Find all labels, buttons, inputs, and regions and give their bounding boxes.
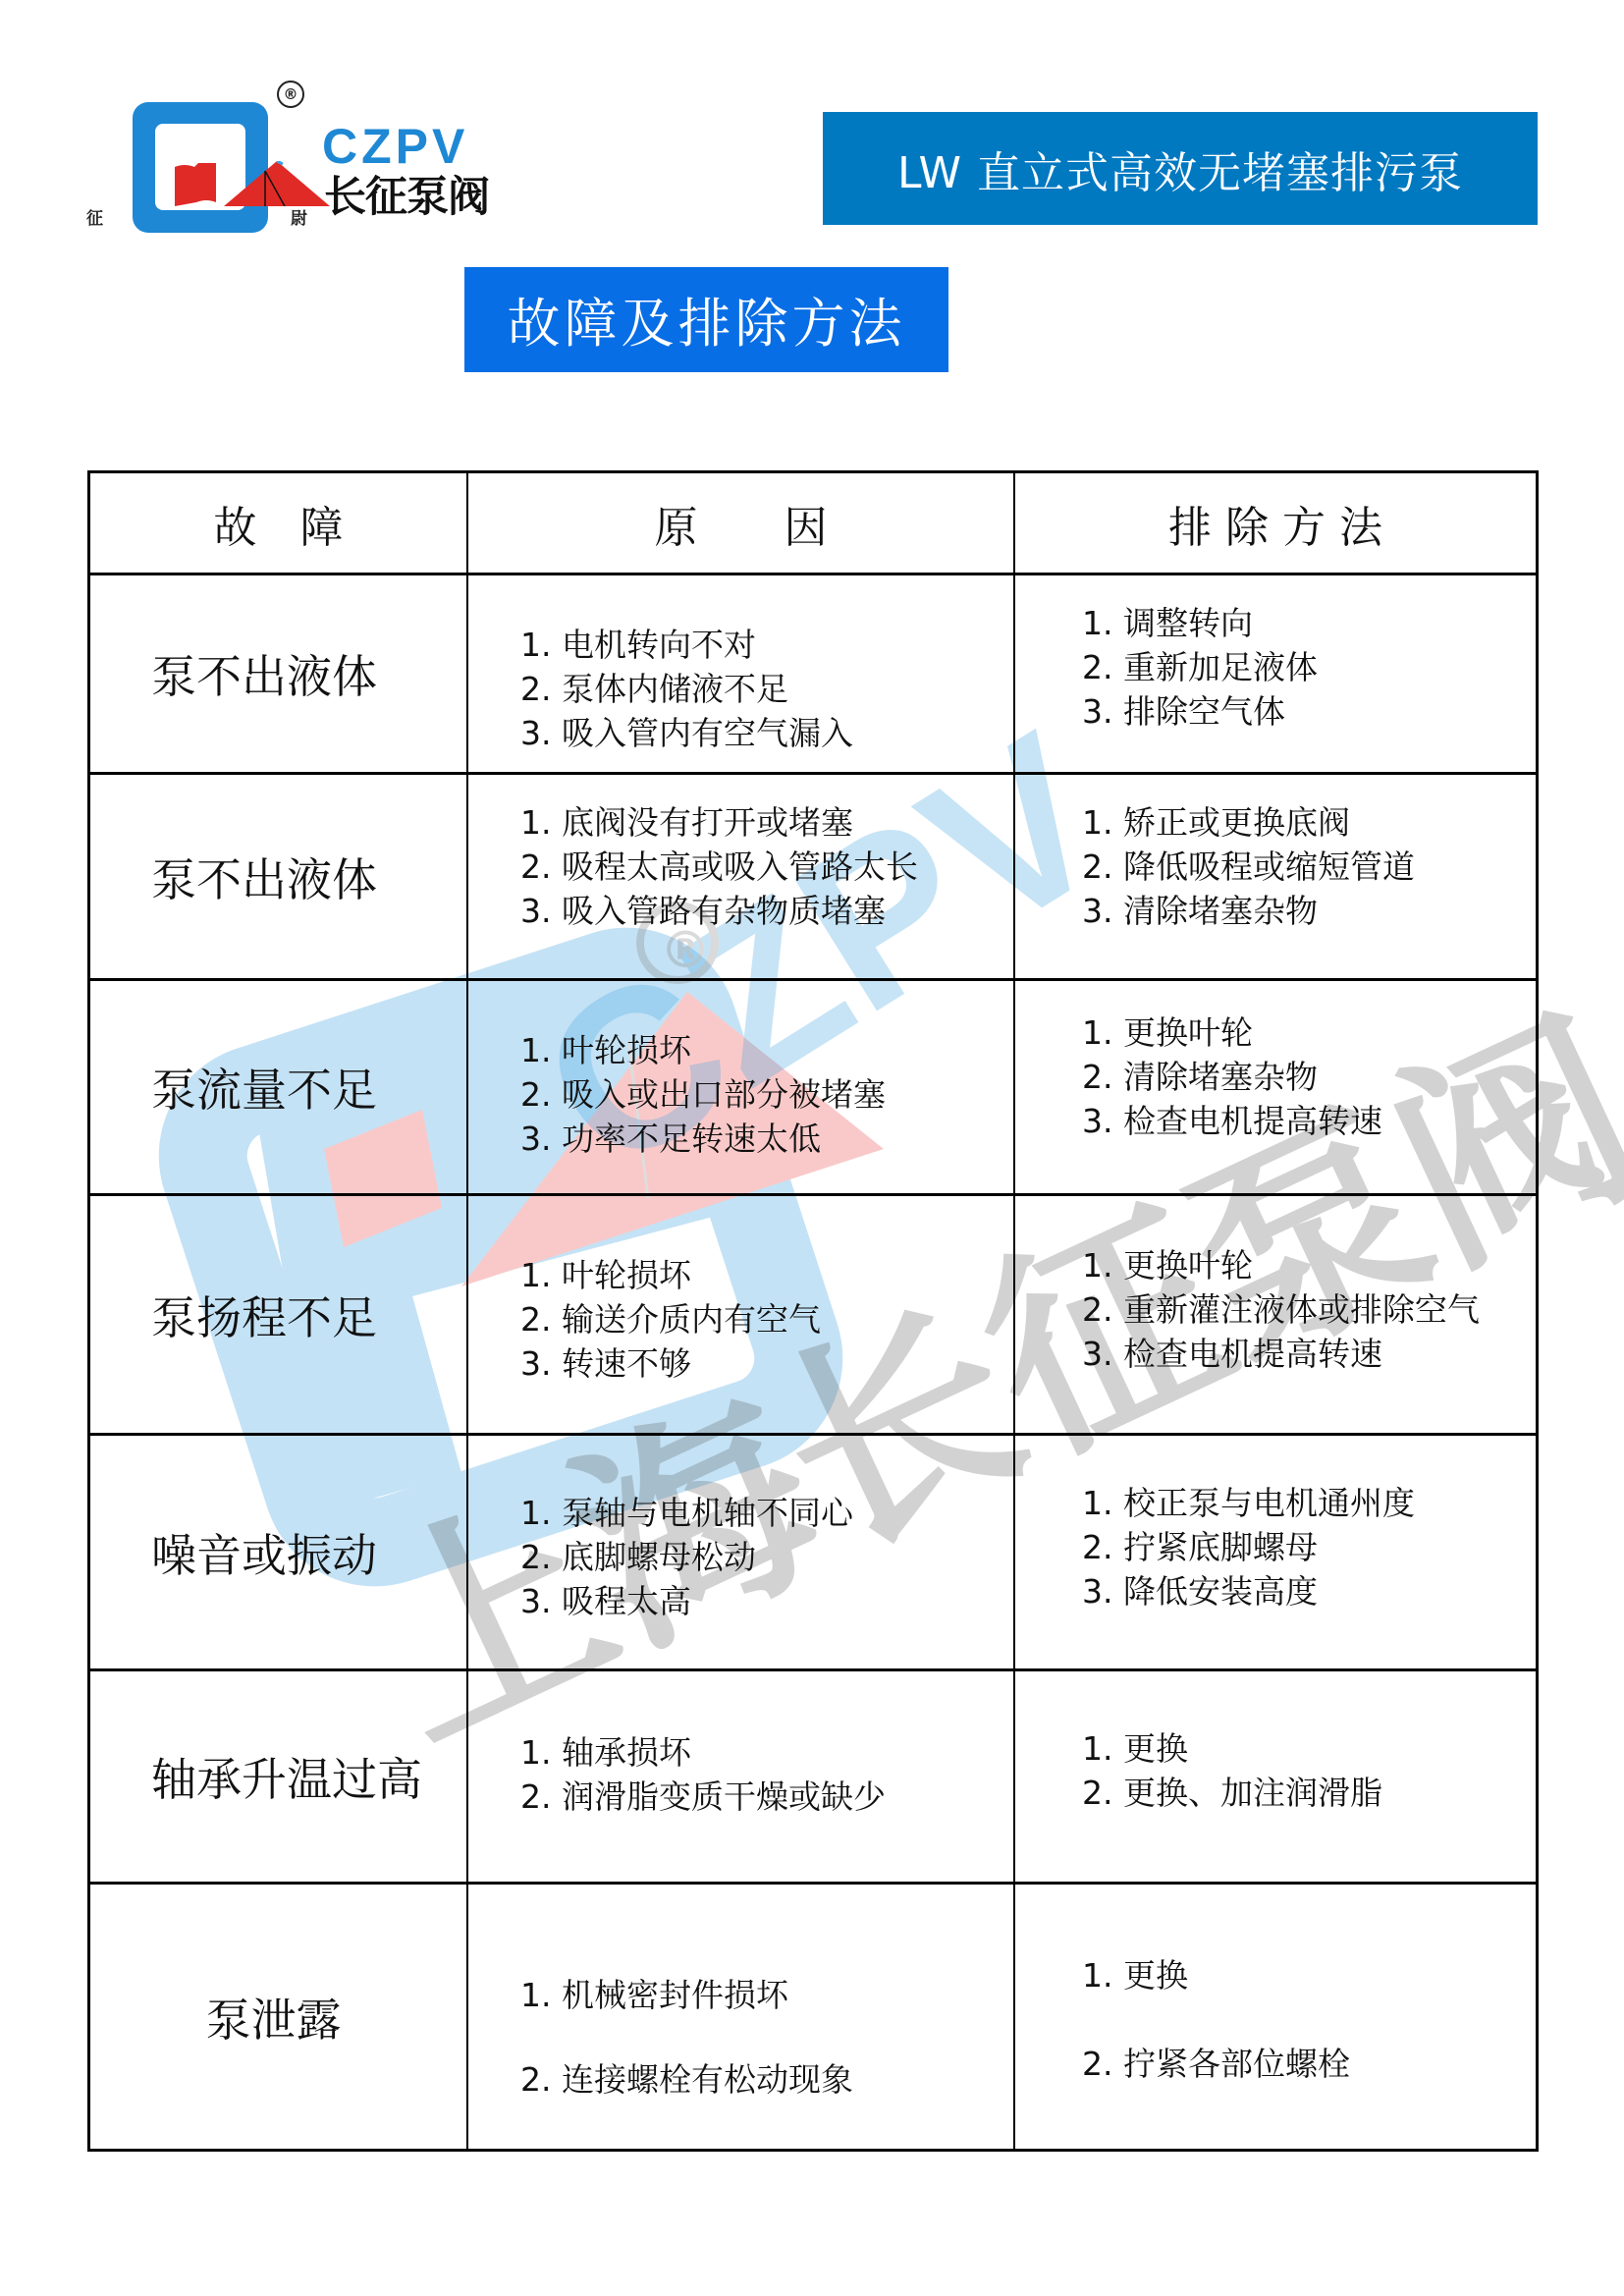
cause-list: 1. 叶轮损坏 2. 吸入或出口部分被堵塞 3. 功率不足转速太低 bbox=[520, 1028, 1013, 1161]
solution-item: 2. 降低吸程或缩短管道 bbox=[1082, 845, 1536, 889]
cause-item: 3. 转速不够 bbox=[520, 1341, 1013, 1386]
cause-item: 3. 吸入管路有杂物质堵塞 bbox=[520, 889, 1013, 933]
table-row: 泵不出液体 1. 电机转向不对 2. 泵体内储液不足 3. 吸入管内有空气漏入 … bbox=[90, 573, 1536, 772]
cause-list: 1. 轴承损坏 2. 润滑脂变质干燥或缺少 bbox=[520, 1730, 1013, 1819]
cause-item: 2. 泵体内储液不足 bbox=[520, 667, 1013, 711]
table-row: 泵泄露 1. 机械密封件损坏 2. 连接螺栓有松动现象 1. 更换 2. 拧紧各… bbox=[90, 1882, 1536, 2149]
cause-item: 1. 叶轮损坏 bbox=[520, 1028, 1013, 1072]
registered-mark-icon: ® bbox=[277, 81, 304, 108]
cause-item: 1. 轴承损坏 bbox=[520, 1730, 1013, 1775]
fault-name: 泵不出液体 bbox=[151, 641, 457, 706]
cause-item: 2. 润滑脂变质干燥或缺少 bbox=[520, 1775, 1013, 1819]
table-header-row: 故 障 原 因 排 除 方 法 bbox=[90, 473, 1536, 573]
fault-name: 泵不出液体 bbox=[151, 845, 457, 909]
cause-list: 1. 电机转向不对 2. 泵体内储液不足 3. 吸入管内有空气漏入 bbox=[520, 623, 1013, 755]
fault-name: 噪音或振动 bbox=[151, 1520, 457, 1585]
solution-item: 1. 校正泵与电机通州度 bbox=[1082, 1481, 1536, 1525]
solution-item: 3. 排除空气体 bbox=[1082, 689, 1536, 734]
cause-item: 2. 输送介质内有空气 bbox=[520, 1297, 1013, 1341]
solution-list: 1. 更换 2. 更换、加注润滑脂 bbox=[1082, 1726, 1536, 1815]
header-fault: 故 障 bbox=[90, 473, 468, 573]
table-row: 泵流量不足 1. 叶轮损坏 2. 吸入或出口部分被堵塞 3. 功率不足转速太低 … bbox=[90, 978, 1536, 1193]
solution-item: 3. 清除堵塞杂物 bbox=[1082, 889, 1536, 933]
solution-item: 1. 更换叶轮 bbox=[1082, 1243, 1536, 1287]
solution-item: 3. 检查电机提高转速 bbox=[1082, 1332, 1536, 1376]
product-title-banner: LW 直立式高效无堵塞排污泵 bbox=[823, 112, 1538, 225]
cause-list: 1. 底阀没有打开或堵塞 2. 吸程太高或吸入管路太长 3. 吸入管路有杂物质堵… bbox=[520, 800, 1013, 933]
solution-item: 2. 清除堵塞杂物 bbox=[1082, 1055, 1536, 1099]
table-row: 泵不出液体 1. 底阀没有打开或堵塞 2. 吸程太高或吸入管路太长 3. 吸入管… bbox=[90, 772, 1536, 978]
logo-triangle-icon bbox=[224, 161, 330, 206]
table-row: 泵扬程不足 1. 叶轮损坏 2. 输送介质内有空气 3. 转速不够 1. 更换叶… bbox=[90, 1193, 1536, 1433]
cause-list: 1. 泵轴与电机轴不同心 2. 底脚螺母松动 3. 吸程太高 bbox=[520, 1491, 1013, 1623]
logo-chinese-text: 长征泵阀 bbox=[324, 177, 489, 219]
fault-name: 泵流量不足 bbox=[151, 1055, 457, 1120]
solution-list: 1. 校正泵与电机通州度 2. 拧紧底脚螺母 3. 降低安装高度 bbox=[1082, 1481, 1536, 1613]
company-logo: 征 尉 ® CZPV 长征泵阀 bbox=[79, 79, 511, 246]
cause-item: 2. 连接螺栓有松动现象 bbox=[520, 2038, 1013, 2122]
cause-item: 1. 底阀没有打开或堵塞 bbox=[520, 800, 1013, 845]
cause-item: 1. 机械密封件损坏 bbox=[520, 1953, 1013, 2038]
troubleshooting-table: 故 障 原 因 排 除 方 法 泵不出液体 1. 电机转向不对 2. 泵体内储液… bbox=[87, 470, 1539, 2152]
table-row: 噪音或振动 1. 泵轴与电机轴不同心 2. 底脚螺母松动 3. 吸程太高 1. … bbox=[90, 1433, 1536, 1668]
solution-item: 1. 更换叶轮 bbox=[1082, 1011, 1536, 1055]
solution-item: 2. 更换、加注润滑脂 bbox=[1082, 1771, 1536, 1815]
cause-item: 2. 底脚螺母松动 bbox=[520, 1535, 1013, 1579]
cause-item: 1. 泵轴与电机轴不同心 bbox=[520, 1491, 1013, 1535]
solution-item: 3. 降低安装高度 bbox=[1082, 1569, 1536, 1613]
fault-name: 轴承升温过高 bbox=[151, 1744, 457, 1809]
solution-item: 2. 拧紧底脚螺母 bbox=[1082, 1525, 1536, 1569]
solution-list: 1. 更换 2. 拧紧各部位螺栓 bbox=[1082, 1932, 1536, 2108]
solution-item: 2. 重新灌注液体或排除空气 bbox=[1082, 1287, 1536, 1332]
section-title: 故障及排除方法 bbox=[464, 267, 948, 372]
logo-side-right-glyph: 尉 bbox=[291, 204, 307, 229]
solution-list: 1. 矫正或更换底阀 2. 降低吸程或缩短管道 3. 清除堵塞杂物 bbox=[1082, 800, 1536, 933]
cause-item: 1. 叶轮损坏 bbox=[520, 1253, 1013, 1297]
solution-list: 1. 更换叶轮 2. 清除堵塞杂物 3. 检查电机提高转速 bbox=[1082, 1011, 1536, 1143]
logo-flag-icon bbox=[175, 163, 216, 206]
solution-item: 1. 调整转向 bbox=[1082, 601, 1536, 645]
cause-item: 2. 吸程太高或吸入管路太长 bbox=[520, 845, 1013, 889]
header-cause: 原 因 bbox=[468, 473, 1015, 573]
table-row: 轴承升温过高 1. 轴承损坏 2. 润滑脂变质干燥或缺少 1. 更换 2. 更换… bbox=[90, 1668, 1536, 1882]
fault-name: 泵泄露 bbox=[90, 1985, 466, 2050]
header-solution: 排 除 方 法 bbox=[1015, 473, 1536, 573]
logo-side-left-glyph: 征 bbox=[86, 204, 103, 229]
solution-item: 1. 更换 bbox=[1082, 1932, 1536, 2020]
cause-list: 1. 机械密封件损坏 2. 连接螺栓有松动现象 bbox=[520, 1953, 1013, 2122]
solution-item: 2. 重新加足液体 bbox=[1082, 645, 1536, 689]
cause-list: 1. 叶轮损坏 2. 输送介质内有空气 3. 转速不够 bbox=[520, 1253, 1013, 1386]
cause-item: 3. 功率不足转速太低 bbox=[520, 1117, 1013, 1161]
cause-item: 3. 吸程太高 bbox=[520, 1579, 1013, 1623]
solution-list: 1. 更换叶轮 2. 重新灌注液体或排除空气 3. 检查电机提高转速 bbox=[1082, 1243, 1536, 1376]
solution-item: 1. 更换 bbox=[1082, 1726, 1536, 1771]
solution-list: 1. 调整转向 2. 重新加足液体 3. 排除空气体 bbox=[1082, 601, 1536, 734]
fault-name: 泵扬程不足 bbox=[151, 1283, 457, 1347]
cause-item: 2. 吸入或出口部分被堵塞 bbox=[520, 1072, 1013, 1117]
solution-item: 3. 检查电机提高转速 bbox=[1082, 1099, 1536, 1143]
cause-item: 1. 电机转向不对 bbox=[520, 623, 1013, 667]
solution-item: 1. 矫正或更换底阀 bbox=[1082, 800, 1536, 845]
logo-latin-text: CZPV bbox=[322, 122, 468, 171]
cause-item: 3. 吸入管内有空气漏入 bbox=[520, 711, 1013, 755]
solution-item: 2. 拧紧各部位螺栓 bbox=[1082, 2020, 1536, 2108]
